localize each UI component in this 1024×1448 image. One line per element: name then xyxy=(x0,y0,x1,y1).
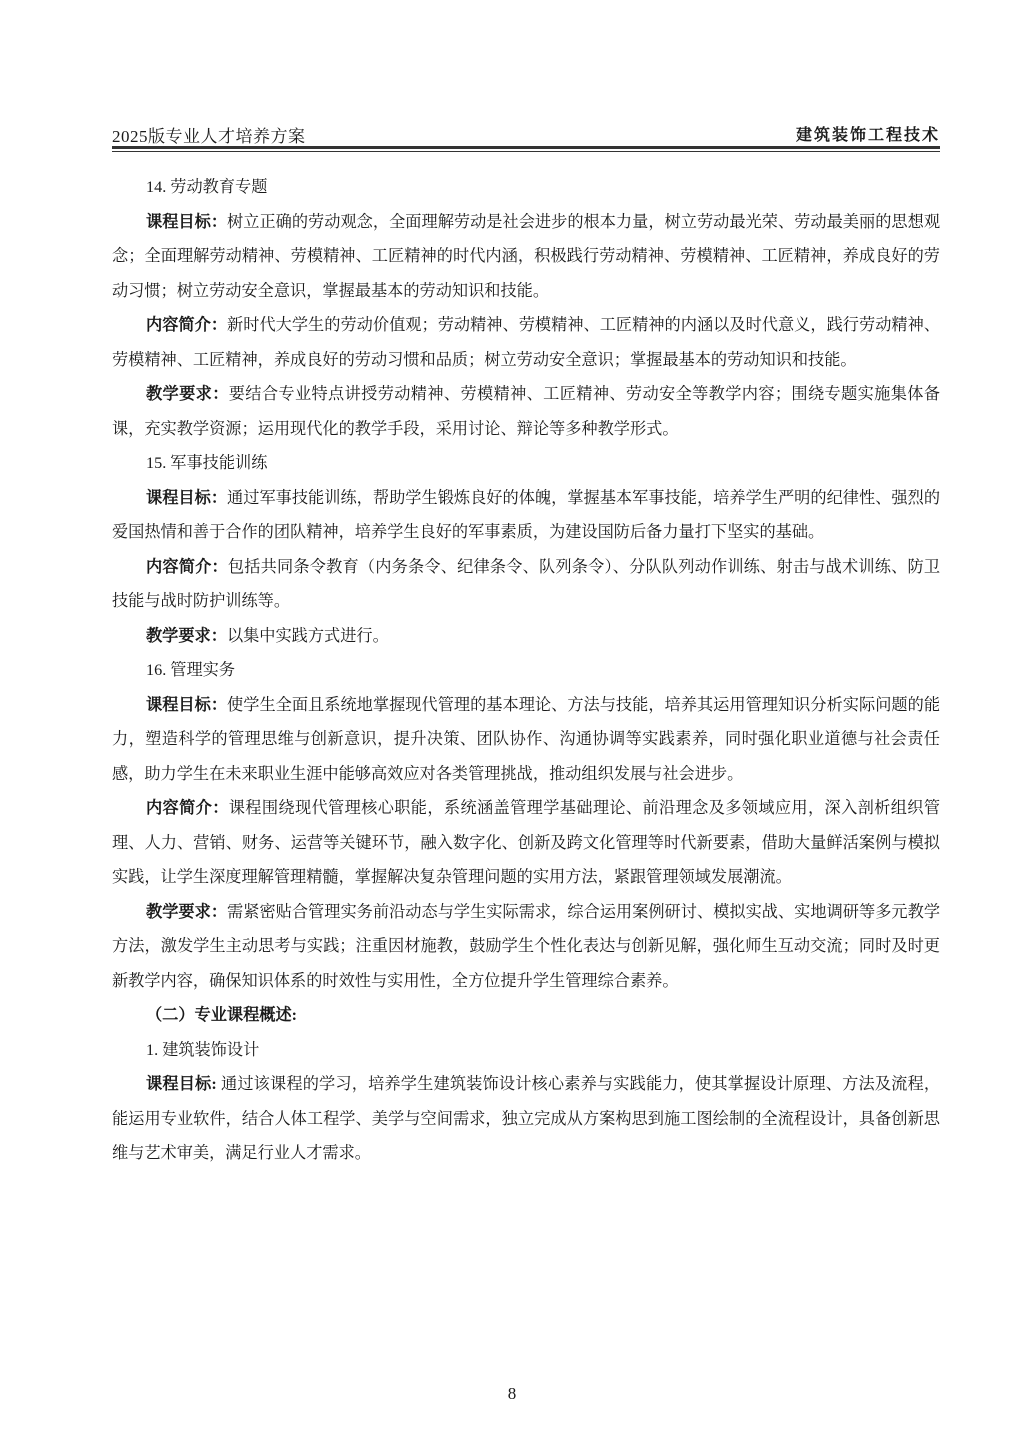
subsection-heading: （二）专业课程概述: xyxy=(112,998,940,1033)
paragraph-teaching-req: 教学要求：需紧密贴合管理实务前沿动态与学生实际需求，综合运用案例研讨、模拟实战、… xyxy=(112,895,940,999)
paragraph-content-intro: 内容简介：课程围绕现代管理核心职能，系统涵盖管理学基础理论、前沿理念及多领域应用… xyxy=(112,791,940,895)
page-body: 14. 劳动教育专题 课程目标：树立正确的劳动观念，全面理解劳动是社会进步的根本… xyxy=(112,170,940,1171)
paragraph-text: 以集中实践方式进行。 xyxy=(227,627,389,645)
paragraph-course-goal: 课程目标：使学生全面且系统地掌握现代管理的基本理论、方法与技能，培养其运用管理知… xyxy=(112,688,940,792)
section-heading-15: 15. 军事技能训练 xyxy=(112,446,940,481)
section-heading-14: 14. 劳动教育专题 xyxy=(112,170,940,205)
paragraph-content-intro: 内容简介：包括共同条令教育（内务条令、纪律条令、队列条令）、分队队列动作训练、射… xyxy=(112,550,940,619)
paragraph-label: 教学要求： xyxy=(146,385,229,403)
document-title: 2025版专业人才培养方案 xyxy=(112,122,306,147)
paragraph-course-goal: 课程目标：树立正确的劳动观念，全面理解劳动是社会进步的根本力量，树立劳动最光荣、… xyxy=(112,205,940,309)
paragraph-text: 要结合专业特点讲授劳动精神、劳模精神、工匠精神、劳动安全等教学内容；围绕专题实施… xyxy=(112,385,940,438)
header-rule-thick xyxy=(112,146,940,149)
paragraph-course-goal: 课程目标: 通过该课程的学习，培养学生建筑装饰设计核心素养与实践能力，使其掌握设… xyxy=(112,1067,940,1171)
paragraph-label: 课程目标： xyxy=(146,213,227,231)
paragraph-label: 教学要求： xyxy=(146,903,227,921)
page-number: 8 xyxy=(0,1384,1024,1404)
paragraph-teaching-req: 教学要求：以集中实践方式进行。 xyxy=(112,619,940,654)
paragraph-text: 通过军事技能训练，帮助学生锻炼良好的体魄，掌握基本军事技能，培养学生严明的纪律性… xyxy=(112,489,940,542)
paragraph-label: 内容简介： xyxy=(146,558,228,576)
header-rule xyxy=(112,146,940,152)
paragraph-text: 树立正确的劳动观念，全面理解劳动是社会进步的根本力量，树立劳动最光荣、劳动最美丽… xyxy=(112,213,940,300)
paragraph-text: 课程围绕现代管理核心职能，系统涵盖管理学基础理论、前沿理念及多领域应用，深入剖析… xyxy=(112,799,940,886)
page-header: 2025版专业人才培养方案 建筑装饰工程技术 xyxy=(112,122,940,144)
paragraph-text: 需紧密贴合管理实务前沿动态与学生实际需求，综合运用案例研讨、模拟实战、实地调研等… xyxy=(112,903,940,990)
paragraph-text: 通过该课程的学习，培养学生建筑装饰设计核心素养与实践能力，使其掌握设计原理、方法… xyxy=(112,1075,940,1162)
paragraph-content-intro: 内容简介：新时代大学生的劳动价值观；劳动精神、劳模精神、工匠精神的内涵以及时代意… xyxy=(112,308,940,377)
paragraph-label: 课程目标: xyxy=(146,1075,217,1093)
course-heading-1: 1. 建筑装饰设计 xyxy=(112,1033,940,1068)
paragraph-course-goal: 课程目标：通过军事技能训练，帮助学生锻炼良好的体魄，掌握基本军事技能，培养学生严… xyxy=(112,481,940,550)
paragraph-text: 使学生全面且系统地掌握现代管理的基本理论、方法与技能，培养其运用管理知识分析实际… xyxy=(112,696,940,783)
paragraph-text: 包括共同条令教育（内务条令、纪律条令、队列条令）、分队队列动作训练、射击与战术训… xyxy=(112,558,940,611)
paragraph-label: 教学要求： xyxy=(146,627,227,645)
paragraph-teaching-req: 教学要求：要结合专业特点讲授劳动精神、劳模精神、工匠精神、劳动安全等教学内容；围… xyxy=(112,377,940,446)
program-name: 建筑装饰工程技术 xyxy=(796,122,940,145)
paragraph-label: 课程目标： xyxy=(146,696,227,714)
paragraph-label: 内容简介： xyxy=(146,799,229,817)
paragraph-label: 课程目标： xyxy=(146,489,227,507)
header-rule-thin xyxy=(112,151,940,152)
section-heading-16: 16. 管理实务 xyxy=(112,653,940,688)
paragraph-label: 内容简介： xyxy=(146,316,227,334)
paragraph-text: 新时代大学生的劳动价值观；劳动精神、劳模精神、工匠精神的内涵以及时代意义，践行劳… xyxy=(112,316,940,369)
